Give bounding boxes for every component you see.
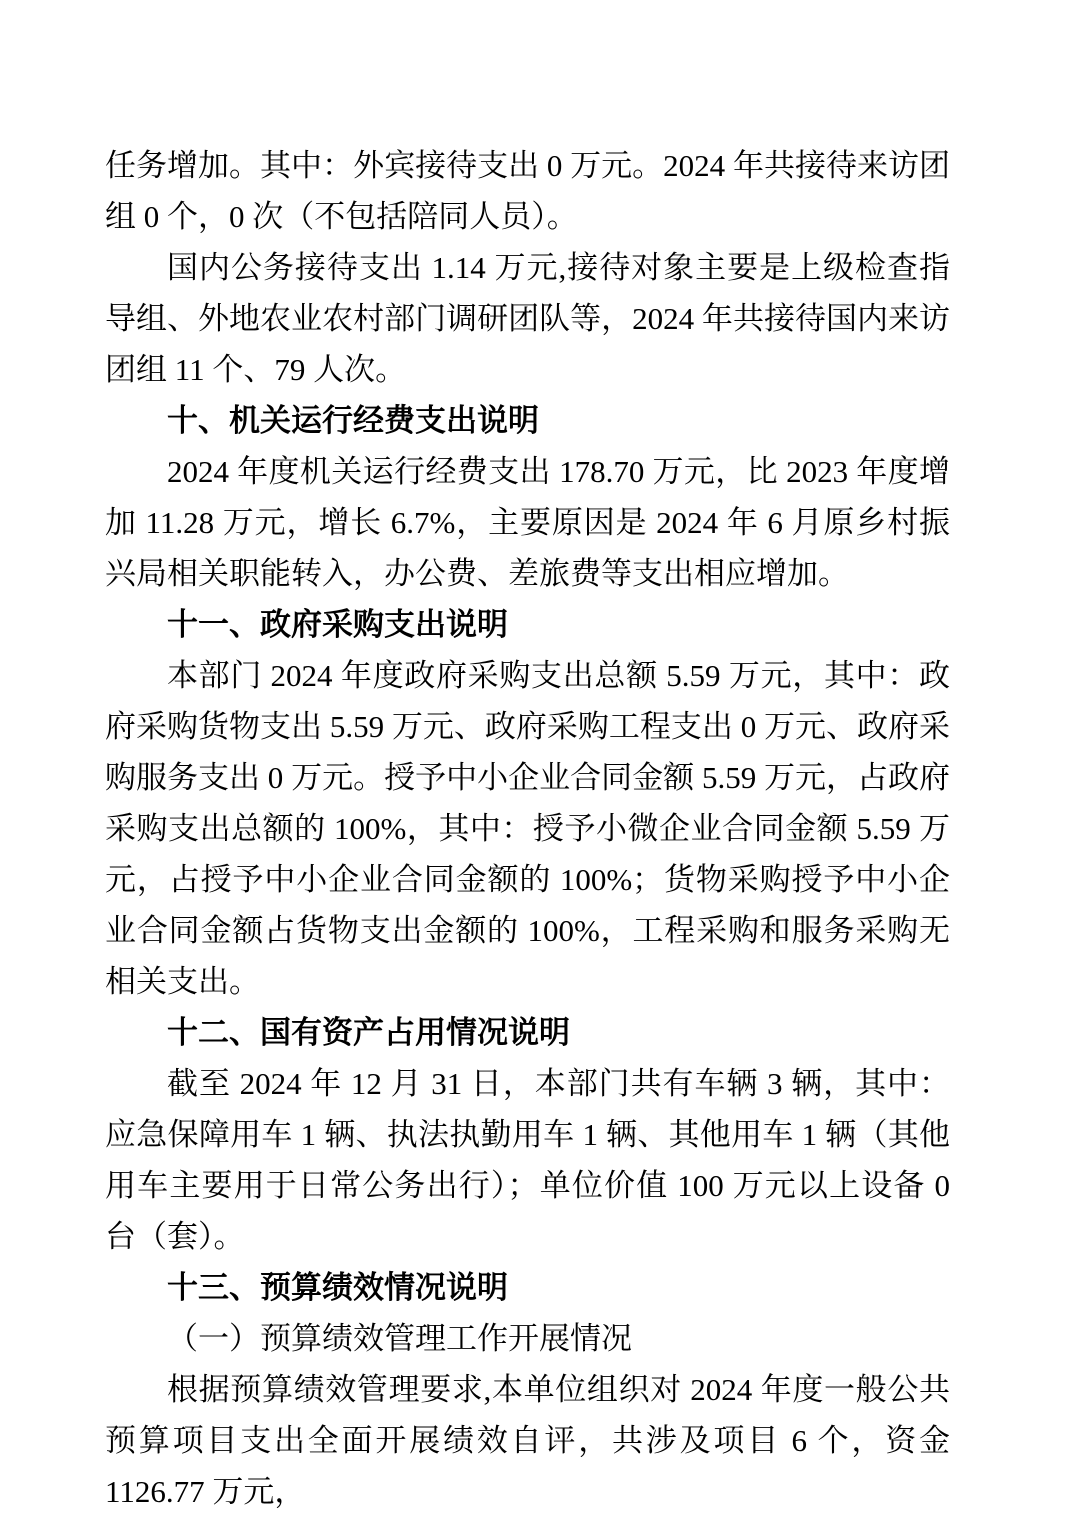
paragraph-performance-self-evaluation: 根据预算绩效管理要求,本单位组织对 2024 年度一般公共预算项目支出全面开展绩… — [105, 1364, 950, 1517]
section-heading-13-budget-performance: 十三、预算绩效情况说明 — [105, 1262, 950, 1313]
paragraph-state-assets: 截至 2024 年 12 月 31 日，本部门共有车辆 3 辆，其中：应急保障用… — [105, 1058, 950, 1262]
paragraph-government-procurement: 本部门 2024 年度政府采购支出总额 5.59 万元，其中：政府采购货物支出 … — [105, 650, 950, 1007]
paragraph-official-reception-domestic: 国内公务接待支出 1.14 万元,接待对象主要是上级检查指导组、外地农业农村部门… — [105, 242, 950, 395]
section-heading-11-government-procurement: 十一、政府采购支出说明 — [105, 599, 950, 650]
document-body: 任务增加。其中：外宾接待支出 0 万元。2024 年共接待来访团组 0 个，0 … — [105, 140, 950, 1517]
sub-heading-performance-management: （一）预算绩效管理工作开展情况 — [105, 1313, 950, 1364]
section-heading-12-state-assets: 十二、国有资产占用情况说明 — [105, 1007, 950, 1058]
paragraph-official-reception-foreign: 任务增加。其中：外宾接待支出 0 万元。2024 年共接待来访团组 0 个，0 … — [105, 140, 950, 242]
section-heading-10-operating-expenses: 十、机关运行经费支出说明 — [105, 395, 950, 446]
paragraph-operating-expenses: 2024 年度机关运行经费支出 178.70 万元，比 2023 年度增加 11… — [105, 446, 950, 599]
document-page: 任务增加。其中：外宾接待支出 0 万元。2024 年共接待来访团组 0 个，0 … — [0, 0, 1074, 1520]
